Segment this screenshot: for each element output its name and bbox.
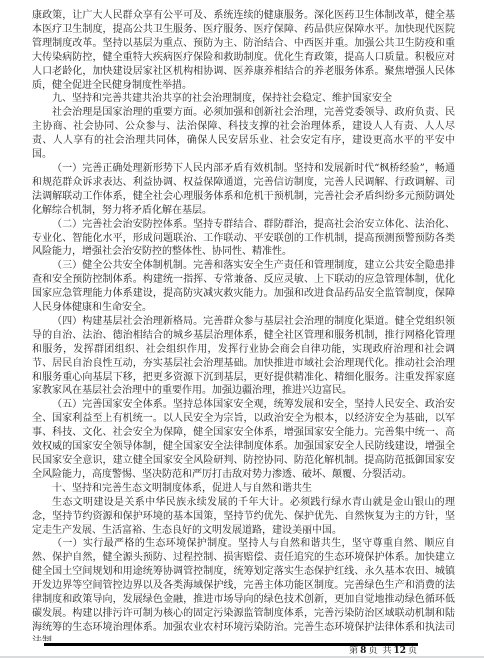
footer-current-page: 8 <box>360 646 366 656</box>
footer-label-di: 第 <box>349 646 358 656</box>
paragraph-item-1-contradiction-mechanism: （一）完善正确处理新形势下人民内部矛盾有效机制。坚持和发展新时代“枫桥经验”，畅… <box>32 162 455 218</box>
paragraph-health-policy-continuation: 康政策，让广大人民群众享有公平可及、系统连续的健康服务。深化医药卫生体制改革，健… <box>32 9 455 92</box>
paragraph-eco-civilization-intro: 生态文明建设是关系中华民族永续发展的千年大计。必须践行绿水青山就是金山银山的理念… <box>32 496 455 538</box>
paragraph-item-5-national-security: （五）完善国家安全体系。坚持总体国家安全观，统筹发展和安全，坚持人民安全、政治安… <box>32 398 455 481</box>
document-body: 康政策，让广大人民群众享有公平可及、系统连续的健康服务。深化医药卫生体制改革，健… <box>32 9 455 641</box>
paragraph-item-2-security-prevention: （二）完善社会治安防控体系。坚持专群结合、群防群治，提高社会治安立体化、法治化、… <box>32 218 455 260</box>
footer-label-ye1: 页 <box>368 646 377 656</box>
paragraph-item-1-eco-protection-system: （一）实行最严格的生态环境保护制度。坚持人与自然和谐共生，坚守尊重自然、顺应自然… <box>32 537 455 641</box>
paragraph-social-governance-intro: 社会治理是国家治理的重要方面。必须加强和创新社会治理，完善党委领导、政府负责、民… <box>32 106 455 162</box>
footer-total-pages: 12 <box>393 646 406 656</box>
section-heading-nine: 九、坚持和完善共建共治共享的社会治理制度，保持社会稳定、维护国家安全 <box>32 92 455 106</box>
footer-label-gong: 共 <box>382 646 391 656</box>
section-heading-ten: 十、坚持和完善生态文明制度体系，促进人与自然和谐共生 <box>32 482 455 496</box>
paragraph-item-4-grassroots-governance: （四）构建基层社会治理新格局。完善群众参与基层社会治理的制度化渠道。健全党组织领… <box>32 315 455 398</box>
paragraph-item-3-public-safety-system: （三）健全公共安全体制机制。完善和落实安全生产责任和管理制度，建立公共安全隐患排… <box>32 259 455 315</box>
footer-label-ye2: 页 <box>408 646 417 656</box>
